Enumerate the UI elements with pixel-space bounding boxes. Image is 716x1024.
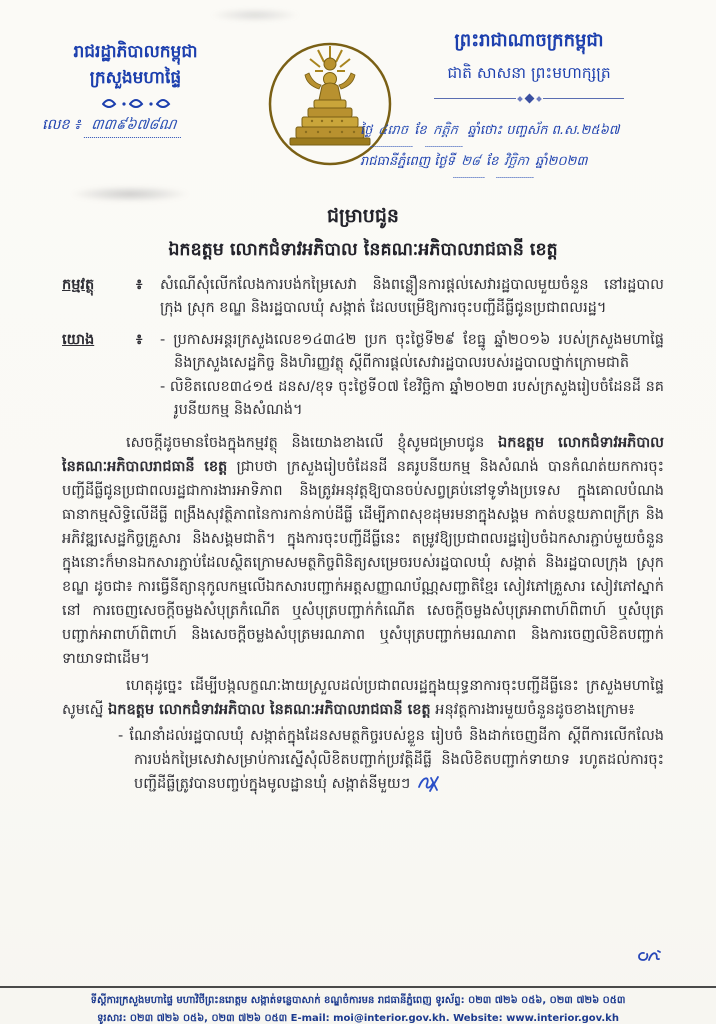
- handwritten-initials-icon: [634, 948, 664, 966]
- footer-address-line: ទីស្តីការក្រសួងមហាផ្ទៃ មហាវិថីព្រះនរោត្ត…: [0, 993, 716, 1008]
- government-title: រាជរដ្ឋាភិបាលកម្ពុជា: [28, 40, 243, 65]
- gregorian-year-text: ឆ្នាំ២០២៣: [535, 154, 587, 169]
- footer: ទីស្តីការក្រសួងមហាផ្ទៃ មហាវិថីព្រះនរោត្ត…: [0, 986, 716, 1024]
- letter-body: ជម្រាបជូន ឯកឧត្តម លោកជំទាវអភិបាល នៃគណៈអភ…: [0, 196, 716, 796]
- paragraph-text: សេចក្តីដូចមានចែងក្នុងកម្មវត្ថុ និងយោងខាង…: [126, 435, 498, 451]
- ornate-rule-icon: [434, 95, 624, 102]
- instruction-text: - ណែនាំដល់រដ្ឋបាលឃុំ សង្កាត់ក្នុងដែនសមត្…: [118, 728, 664, 792]
- body-paragraph-1: សេចក្តីដូចមានចែងក្នុងកម្មវត្ថុ និងយោងខាង…: [62, 431, 664, 672]
- kingdom-title: ព្រះរាជាណាចក្រកម្ពុជា: [356, 28, 702, 55]
- letterhead-right: ព្រះរាជាណាចក្រកម្ពុជា ជាតិ សាសនា ព្រះមហា…: [356, 28, 702, 178]
- place-day-label: រាជធានីភ្នំពេញ ថ្ងៃទី: [360, 154, 455, 169]
- subject-section: កម្មវត្ថុ ៖ សំណើសុំលើកលែងការបង់កម្រៃសេវា…: [62, 274, 664, 321]
- paragraph-text: អនុវត្តការងារមួយចំនួនដូចខាងក្រោម៖: [431, 702, 635, 718]
- reference-colon: ៖: [136, 329, 160, 423]
- pencil-smudge: [210, 8, 300, 22]
- reference-item: - លិខិតលេខ៣៤១៥ ដនស/ខុទ ចុះថ្ងៃទី០៧ ខែវិច…: [160, 376, 664, 423]
- ministry-name: ក្រសួងមហាផ្ទៃ: [28, 67, 243, 92]
- pencil-smudge: [70, 186, 190, 202]
- reference-item: - ប្រកាសអន្តរក្រសួងលេខ១៤៣៤២ ប្រក ចុះថ្ងៃ…: [160, 329, 664, 376]
- footer-contact-line: ទូរសារ: ០២៣ ៧២៦ ០៥៦, ០២៣ ៧២៦ ០៥៣ E-mail:…: [0, 1011, 716, 1024]
- reference-section: យោង ៖ - ប្រកាសអន្តរក្រសួងលេខ១៤៣៤២ ប្រក ច…: [62, 329, 664, 423]
- national-motto: ជាតិ សាសនា ព្រះមហាក្សត្រ: [356, 63, 702, 86]
- lunar-year-text: ឆ្នាំថោះ បញ្ចស័ក ព.ស.២៥៦៧: [468, 123, 620, 138]
- letterhead: រាជរដ្ឋាភិបាលកម្ពុជា ក្រសួងមហាផ្ទៃ លេខ ៖…: [0, 0, 716, 196]
- addressee-inline-bold: ឯកឧត្តម លោកជំទាវអភិបាល នៃគណៈអភិបាលរាជធាន…: [108, 702, 431, 718]
- subject-label: កម្មវត្ថុ: [62, 274, 136, 321]
- gregorian-month-handwritten: វិច្ឆិកា: [497, 147, 537, 178]
- lunar-month-handwritten: កត្តិក: [425, 116, 465, 147]
- reference-items: - ប្រកាសអន្តរក្រសួងលេខ១៤៣៤២ ប្រក ចុះថ្ងៃ…: [160, 329, 664, 423]
- paragraph-text: ជ្រាបថា ក្រសួងរៀបចំដែនដី នគរូបនីយកម្ម និ…: [62, 459, 664, 668]
- subject-colon: ៖: [136, 274, 160, 321]
- number-handwritten-value: ៣៣៩៦៧៨ណ: [84, 116, 183, 138]
- reference-label: យោង: [62, 329, 136, 423]
- date-block: ថ្ងៃ៤រោចខែកត្តិក ឆ្នាំថោះ បញ្ចស័ក ព.ស.២៥…: [356, 116, 702, 178]
- khmer-scroll-divider-icon: [99, 96, 173, 110]
- number-label: លេខ ៖: [42, 117, 81, 133]
- handwritten-paraph-icon: [416, 774, 442, 794]
- letter-title: ជម្រាបជូន: [62, 204, 664, 232]
- gregorian-date-line: រាជធានីភ្នំពេញ ថ្ងៃទី២៨ខែវិច្ឆិកាឆ្នាំ២០…: [360, 147, 702, 178]
- letterhead-left: រាជរដ្ឋាភិបាលកម្ពុជា ក្រសួងមហាផ្ទៃ លេខ ៖…: [28, 40, 243, 138]
- scanned-letter-page: រាជរដ្ឋាភិបាលកម្ពុជា ក្រសួងមហាផ្ទៃ លេខ ៖…: [0, 0, 716, 1024]
- lunar-day-handwritten: ៤រោច: [371, 116, 416, 147]
- lunar-date-line: ថ្ងៃ៤រោចខែកត្តិក ឆ្នាំថោះ បញ្ចស័ក ព.ស.២៥…: [360, 116, 702, 147]
- gregorian-day-handwritten: ២៨: [453, 147, 487, 178]
- instruction-list: - ណែនាំដល់រដ្ឋបាលឃុំ សង្កាត់ក្នុងដែនសមត្…: [118, 724, 664, 796]
- instruction-item: - ណែនាំដល់រដ្ឋបាលឃុំ សង្កាត់ក្នុងដែនសមត្…: [118, 724, 664, 796]
- subject-text: សំណើសុំលើកលែងការបង់កម្រៃសេវា និងពន្លឿនកា…: [160, 274, 664, 321]
- lunar-month-label: ខែ: [414, 123, 426, 138]
- addressee-line: ឯកឧត្តម លោកជំទាវអភិបាល នៃគណៈអភិបាលរាជធាន…: [62, 238, 664, 264]
- body-paragraph-2: ហេតុដូច្នេះ ដើម្បីបង្កលក្ខណៈងាយស្រួលដល់ប…: [62, 674, 664, 722]
- document-number-line: លេខ ៖ ៣៣៩៦៧៨ណ: [28, 116, 243, 138]
